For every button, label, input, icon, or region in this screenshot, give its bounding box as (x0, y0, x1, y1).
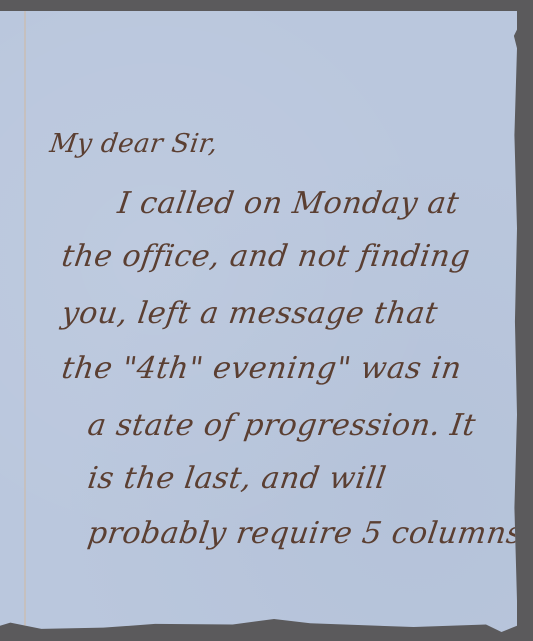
letter-line-6: is the last, and will (86, 461, 389, 496)
letter-line-2: the office, and not finding (60, 239, 473, 274)
handwritten-letter-body: My dear Sir, I called on Monday at the o… (0, 11, 517, 632)
letter-page: My dear Sir, I called on Monday at the o… (0, 11, 517, 632)
letter-line-3: you, left a message that (60, 296, 440, 331)
salutation: My dear Sir, (48, 129, 220, 159)
letter-line-5: a state of progression. It (86, 408, 478, 443)
letter-line-1: I called on Monday at (116, 186, 462, 221)
letter-line-4: the "4th" evening" was in (60, 351, 464, 386)
letter-line-7: probably require 5 columns. (86, 516, 533, 551)
